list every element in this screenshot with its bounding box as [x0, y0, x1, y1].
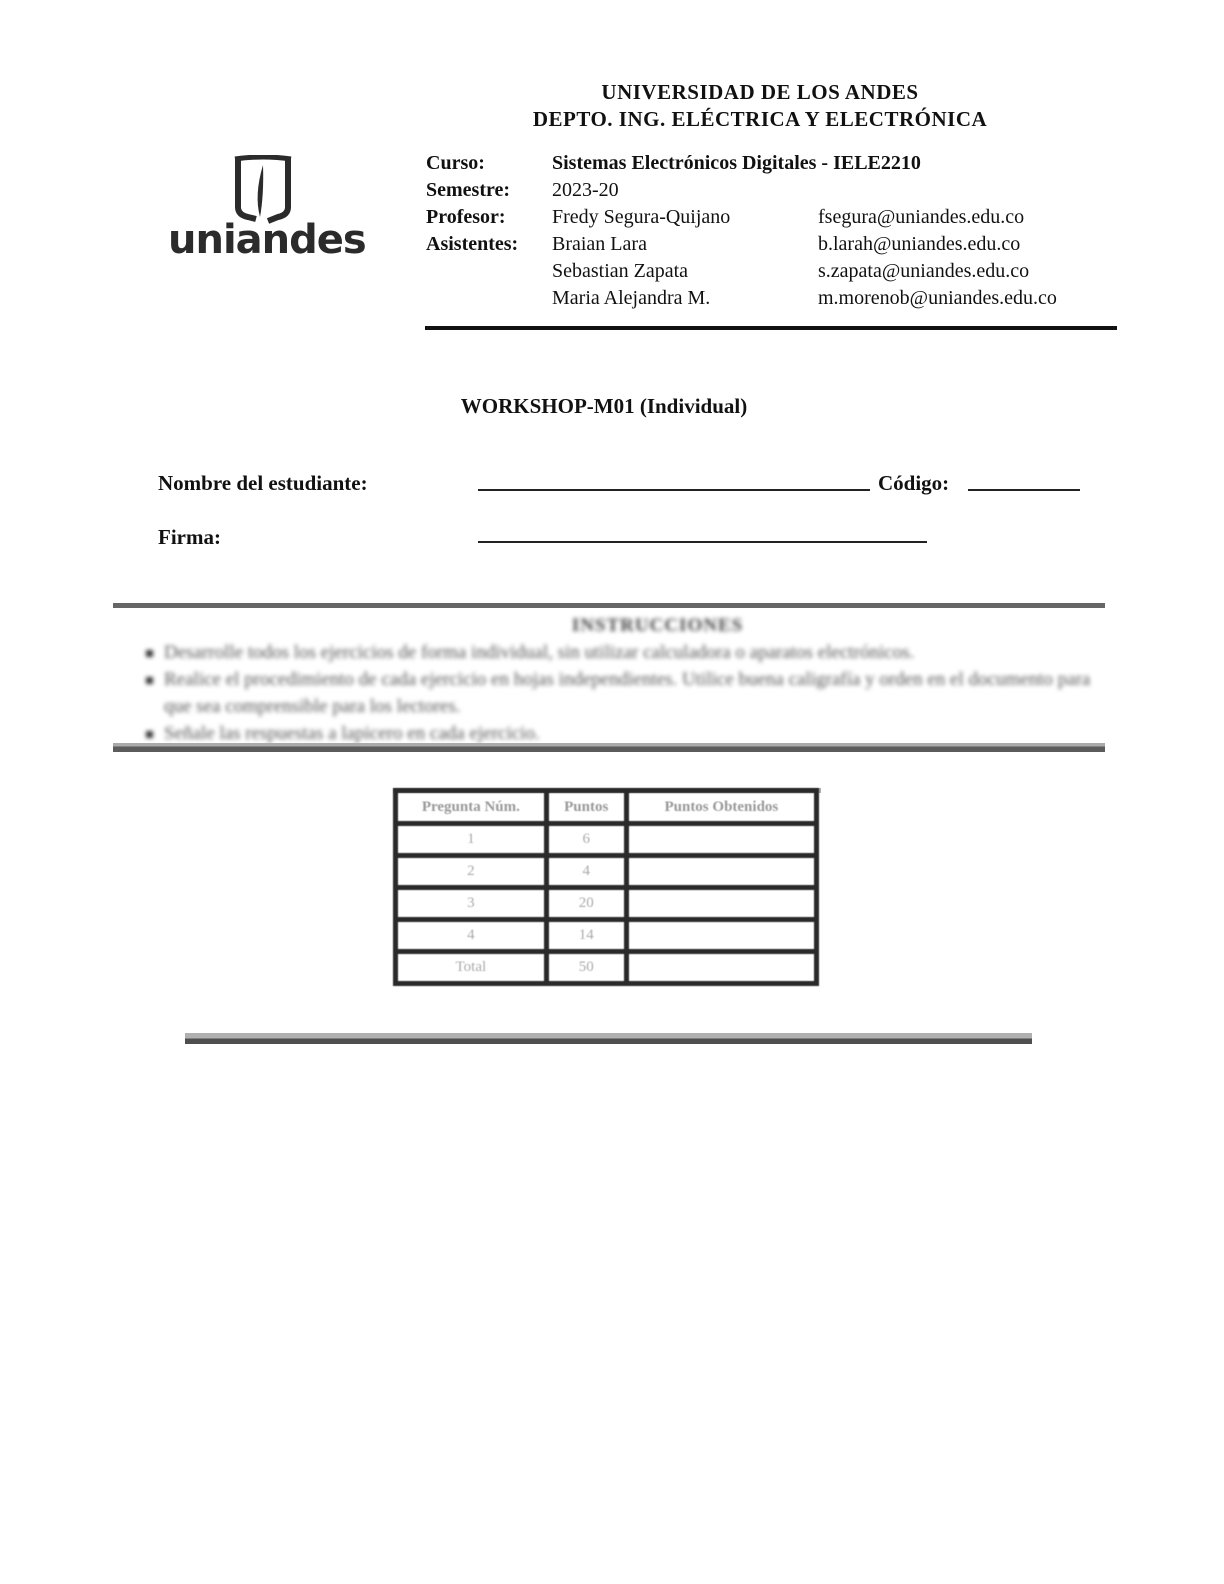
points-cell: 4: [546, 856, 626, 888]
obtained-cell[interactable]: [626, 920, 816, 952]
bottom-divider: [185, 1033, 1032, 1044]
department-name: DEPTO. ING. ELÉCTRICA Y ELECTRÓNICA: [420, 107, 1100, 132]
table-row: 1 6: [396, 824, 817, 856]
assistant-email[interactable]: s.zapata@uniandes.edu.co: [818, 258, 1029, 285]
header-divider: [425, 326, 1117, 330]
instruction-item: Realice el procedimiento de cada ejercic…: [140, 666, 1105, 720]
header-points: Puntos: [546, 791, 626, 824]
assistant-row: Sebastian Zapata s.zapata@uniandes.edu.c…: [426, 258, 1112, 285]
course-info: Curso: Sistemas Electrónicos Digitales -…: [426, 150, 1112, 312]
course-label: Curso:: [426, 150, 552, 177]
course-row: Curso: Sistemas Electrónicos Digitales -…: [426, 150, 1112, 177]
header-question: Pregunta Núm.: [396, 791, 547, 824]
workshop-title: WORKSHOP-M01 (Individual): [0, 394, 1216, 419]
obtained-cell[interactable]: [626, 856, 816, 888]
instructions-top-rule: [113, 603, 1105, 608]
instruction-item: Desarrolle todos los ejercicios de forma…: [140, 639, 1105, 666]
semester-value: 2023-20: [552, 177, 818, 204]
signature-field[interactable]: [478, 541, 927, 543]
semester-label: Semestre:: [426, 177, 552, 204]
question-cell: 4: [396, 920, 547, 952]
uniandes-shield-icon: [168, 155, 358, 225]
question-cell: 3: [396, 888, 547, 920]
student-name-field[interactable]: [478, 489, 870, 491]
assistant-row: Asistentes: Braian Lara b.larah@uniandes…: [426, 231, 1112, 258]
instructions-heading: INSTRUCCIONES: [210, 612, 1105, 639]
signature-label: Firma:: [158, 525, 221, 550]
points-cell: 20: [546, 888, 626, 920]
table-row: 3 20: [396, 888, 817, 920]
total-points-cell: 50: [546, 952, 626, 984]
course-value: Sistemas Electrónicos Digitales - IELE22…: [552, 150, 1112, 177]
professor-row: Profesor: Fredy Segura-Quijano fsegura@u…: [426, 204, 1112, 231]
student-name-label: Nombre del estudiante:: [158, 471, 368, 496]
assistant-email[interactable]: b.larah@uniandes.edu.co: [818, 231, 1020, 258]
points-cell: 14: [546, 920, 626, 952]
table-total-row: Total 50: [396, 952, 817, 984]
score-table-container: Pregunta Núm. Puntos Puntos Obtenidos 1 …: [393, 788, 823, 986]
table-row: 4 14: [396, 920, 817, 952]
assistant-name: Braian Lara: [552, 231, 818, 258]
instructions-box: INSTRUCCIONES Desarrolle todos los ejerc…: [140, 612, 1105, 747]
university-name: UNIVERSIDAD DE LOS ANDES: [420, 80, 1100, 105]
professor-email[interactable]: fsegura@uniandes.edu.co: [818, 204, 1024, 231]
header-obtained: Puntos Obtenidos: [626, 791, 816, 824]
professor-label: Profesor:: [426, 204, 552, 231]
instructions-bottom-rule: [113, 743, 1105, 752]
assistant-row: Maria Alejandra M. m.morenob@uniandes.ed…: [426, 285, 1112, 312]
student-code-label: Código:: [878, 471, 949, 496]
student-code-field[interactable]: [968, 489, 1080, 491]
semester-row: Semestre: 2023-20: [426, 177, 1112, 204]
obtained-cell[interactable]: [626, 888, 816, 920]
obtained-cell[interactable]: [626, 824, 816, 856]
assistant-name: Maria Alejandra M.: [552, 285, 818, 312]
question-cell: 1: [396, 824, 547, 856]
table-row: 2 4: [396, 856, 817, 888]
assistants-label: Asistentes:: [426, 231, 552, 258]
logo-text: uniandes: [168, 217, 358, 263]
table-header-row: Pregunta Núm. Puntos Puntos Obtenidos: [396, 791, 817, 824]
assistant-name: Sebastian Zapata: [552, 258, 818, 285]
points-cell: 6: [546, 824, 626, 856]
score-table: Pregunta Núm. Puntos Puntos Obtenidos 1 …: [393, 788, 819, 986]
uniandes-logo: uniandes: [168, 155, 358, 265]
instructions-list: Desarrolle todos los ejercicios de forma…: [140, 639, 1105, 747]
assistant-email[interactable]: m.morenob@uniandes.edu.co: [818, 285, 1057, 312]
professor-name: Fredy Segura-Quijano: [552, 204, 818, 231]
total-obtained-cell[interactable]: [626, 952, 816, 984]
total-label-cell: Total: [396, 952, 547, 984]
question-cell: 2: [396, 856, 547, 888]
